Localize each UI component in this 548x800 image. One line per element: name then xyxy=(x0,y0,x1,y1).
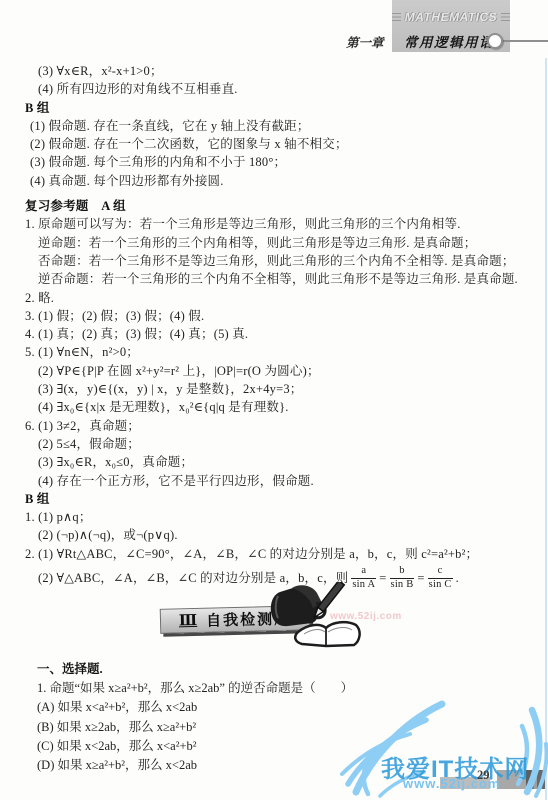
banner-numeral: Ⅲ xyxy=(179,611,198,630)
body-line: 1. 原命题可以写为：若一个三角形是等边三角形，则此三角形的三个内角相等. xyxy=(25,215,533,233)
body-line: (2) 假命题. 存在一个二次函数，它的图象与 x 轴不相交； xyxy=(25,135,533,153)
body-line: (4) 所有四边形的对角线不互相垂直. xyxy=(25,80,533,98)
body-line: (1) 假命题. 存在一条直线，它在 y 轴上没有截距； xyxy=(25,117,533,135)
body-line: 1. (1) p∧q； xyxy=(25,508,533,526)
stripes-icon xyxy=(392,13,401,21)
body-line: (3) ∀x∈R，x²-x+1>0； xyxy=(25,62,533,80)
body-line: (2) (¬p)∧(¬q)，或¬(p∨q). xyxy=(25,526,533,544)
answers-body: (3) ∀x∈R，x²-x+1>0； (4) 所有四边形的对角线不互相垂直. B… xyxy=(25,62,533,593)
body-line: 4. (1) 真；(2) 真；(3) 假；(4) 真；(5) 真. xyxy=(25,325,533,343)
chapter-label: 第一章 xyxy=(346,33,384,51)
body-line: (3) 假命题. 每个三角形的内角和不小于 180°； xyxy=(25,153,533,171)
body-line: 否命题：若一个三角形不是等边三角形，则此三角形的三个内角不全相等. 是真命题； xyxy=(25,252,533,270)
study-illustration xyxy=(266,582,384,654)
header-rule xyxy=(499,40,548,42)
chapter-title: 常用逻辑用语 xyxy=(404,31,494,51)
body-line: 3. (1) 假；(2) 假；(3) 假；(4) 假. xyxy=(25,307,533,325)
body-line: (2) ∀P∈{P|P 在圆 x²+y²=r² 上}，|OP|=r(O 为圆心)… xyxy=(25,362,533,380)
period: . xyxy=(456,569,459,587)
series-banner: MATHEMATICS xyxy=(392,10,510,24)
section-heading: B 组 xyxy=(25,490,533,508)
body-line: (3) ∃(x，y)∈{(x，y) | x，y 是整数}，2x+4y=3； xyxy=(25,380,533,398)
choice-section-title: 一、选择题. xyxy=(37,660,507,679)
equals-sign: = xyxy=(417,569,424,587)
section-heading: B 组 xyxy=(25,99,533,117)
body-line: (4) 存在一个正方形，它不是平行四边形，假命题. xyxy=(25,472,533,490)
body-line: (3) ∃x₀∈R，x₀≤0，真命题； xyxy=(25,453,533,471)
textbook-page: MATHEMATICS 第一章 常用逻辑用语 (3) ∀x∈R，x²-x+1>0… xyxy=(0,0,548,800)
body-line: (2) 5≤4，假命题； xyxy=(25,435,533,453)
open-book-icon xyxy=(295,622,359,646)
page-number: 29 xyxy=(477,768,490,783)
stripes-icon xyxy=(501,13,510,21)
page-edge-line xyxy=(545,58,547,800)
header-circle-ornament xyxy=(487,33,503,49)
fraction: bsin B xyxy=(390,565,415,591)
fraction: csin C xyxy=(428,565,453,591)
body-line: (4) 真命题. 每个四边形都有外接圆. xyxy=(25,172,533,190)
schoolbag-icon xyxy=(271,585,325,626)
series-banner-text: MATHEMATICS xyxy=(405,10,497,24)
body-line: 2. (1) ∀Rt△ABC，∠C=90°，∠A，∠B，∠C 的对边分别是 a，… xyxy=(25,545,533,563)
body-line: 5. (1) ∀n∈N，n²>0； xyxy=(25,343,533,361)
section-heading: 复习参考题 A 组 xyxy=(25,197,533,215)
body-line: 逆命题：若一个三角形的三个内角相等，则此三角形是等边三角形. 是真命题； xyxy=(25,234,533,252)
body-line: (4) ∃x₀∈{x|x 是无理数}，x₀²∈{q|q 是有理数}. xyxy=(25,398,533,416)
body-line: 6. (1) 3≠2，真命题； xyxy=(25,417,533,435)
body-line: 2. 略. xyxy=(25,289,533,307)
body-line: 逆否命题：若一个三角形的三个内角不全相等，则此三角形不是等边三角形. 是真命题. xyxy=(25,270,533,288)
